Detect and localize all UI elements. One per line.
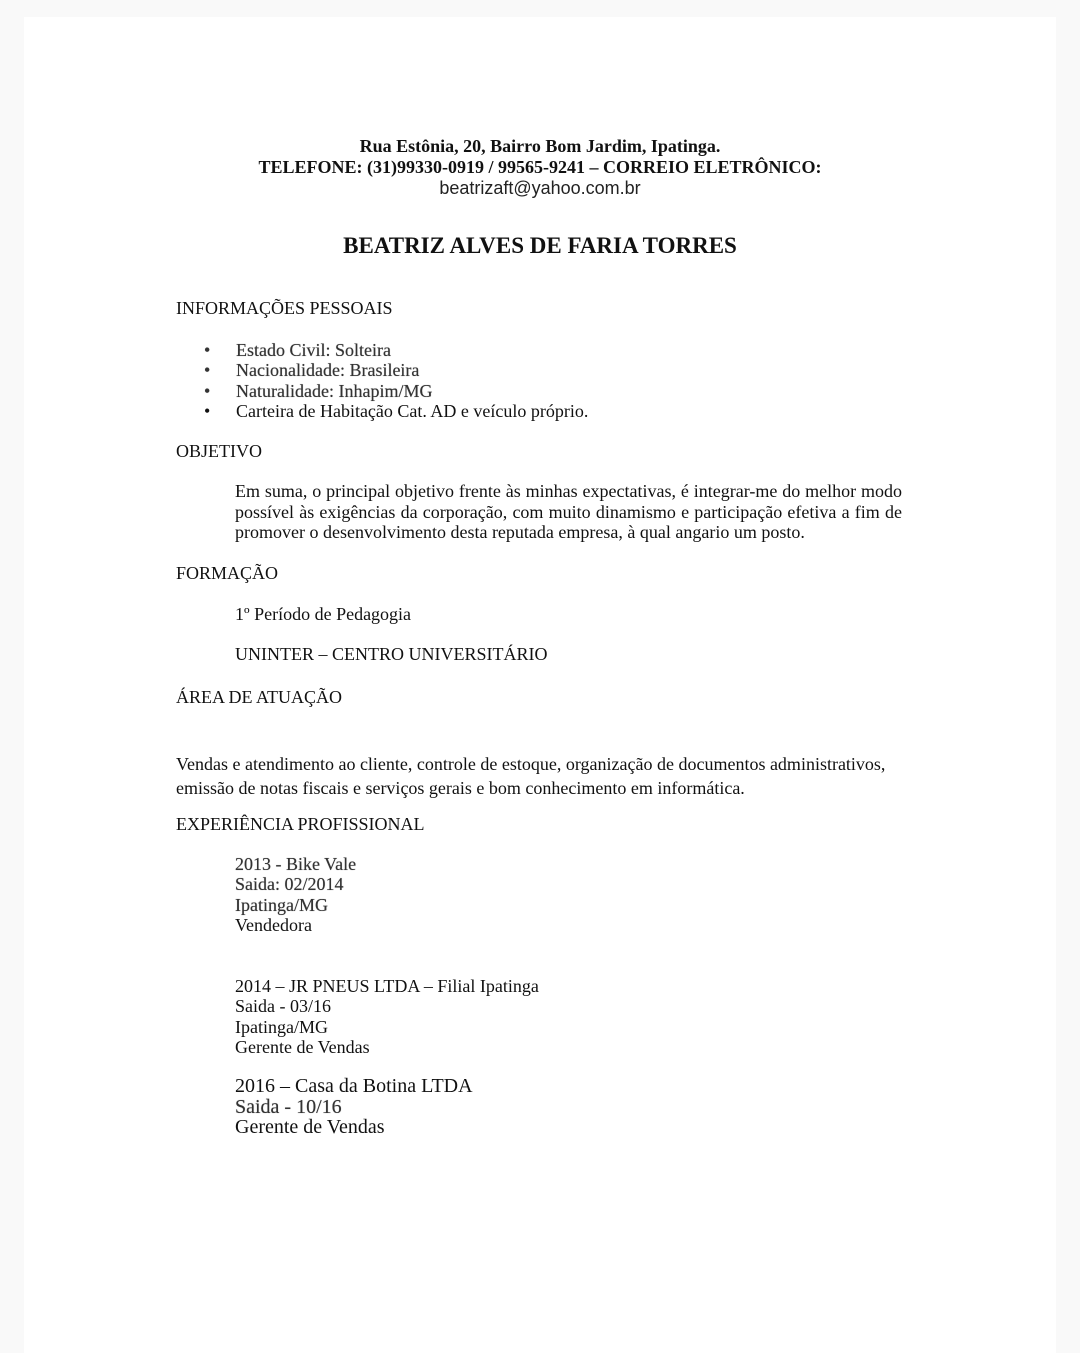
job-exit-date: Saida - 03/16 <box>235 996 539 1016</box>
email-address: beatrizaft@yahoo.com.br <box>24 178 1056 199</box>
experience-entry: 2016 – Casa da Botina LTDA Saida - 10/16… <box>235 1076 473 1138</box>
objective-text: Em suma, o principal objetivo frente às … <box>235 481 902 543</box>
job-role: Gerente de Vendas <box>235 1117 473 1138</box>
education-institution: UNINTER – CENTRO UNIVERSITÁRIO <box>235 644 547 664</box>
bullet-icon: • <box>204 401 236 421</box>
list-item: •Estado Civil: Solteira <box>204 340 588 360</box>
section-title-personal-info: INFORMAÇÕES PESSOAIS <box>176 298 393 319</box>
contact-line: TELEFONE: (31)99330-0919 / 99565-9241 – … <box>24 157 1056 178</box>
section-title-experience: EXPERIÊNCIA PROFISSIONAL <box>176 814 425 835</box>
bullet-icon: • <box>204 381 236 401</box>
bullet-icon: • <box>204 340 236 360</box>
section-title-area: ÁREA DE ATUAÇÃO <box>176 687 342 708</box>
personal-info-list: •Estado Civil: Solteira •Nacionalidade: … <box>204 340 588 422</box>
job-company: 2016 – Casa da Botina LTDA <box>235 1076 473 1097</box>
job-location: Ipatinga/MG <box>235 1017 539 1037</box>
list-item: •Carteira de Habitação Cat. AD e veículo… <box>204 401 588 421</box>
resume-page: Rua Estônia, 20, Bairro Bom Jardim, Ipat… <box>24 17 1056 1353</box>
area-text: Vendas e atendimento ao cliente, control… <box>176 752 916 800</box>
experience-entry: 2014 – JR PNEUS LTDA – Filial Ipatinga S… <box>235 976 539 1057</box>
job-role: Vendedora <box>235 915 356 935</box>
list-item: •Naturalidade: Inhapim/MG <box>204 381 588 401</box>
section-title-education: FORMAÇÃO <box>176 563 278 584</box>
address-line: Rua Estônia, 20, Bairro Bom Jardim, Ipat… <box>24 136 1056 157</box>
section-title-objective: OBJETIVO <box>176 441 262 462</box>
job-location: Ipatinga/MG <box>235 895 356 915</box>
experience-entry: 2013 - Bike Vale Saida: 02/2014 Ipatinga… <box>235 854 356 935</box>
job-company: 2014 – JR PNEUS LTDA – Filial Ipatinga <box>235 976 539 996</box>
education-course: 1º Período de Pedagogia <box>235 604 411 624</box>
bullet-icon: • <box>204 360 236 380</box>
list-item: •Nacionalidade: Brasileira <box>204 360 588 380</box>
job-exit-date: Saida: 02/2014 <box>235 874 356 894</box>
candidate-name: BEATRIZ ALVES DE FARIA TORRES <box>24 233 1056 259</box>
job-company: 2013 - Bike Vale <box>235 854 356 874</box>
job-exit-date: Saida - 10/16 <box>235 1097 473 1118</box>
job-role: Gerente de Vendas <box>235 1037 539 1057</box>
